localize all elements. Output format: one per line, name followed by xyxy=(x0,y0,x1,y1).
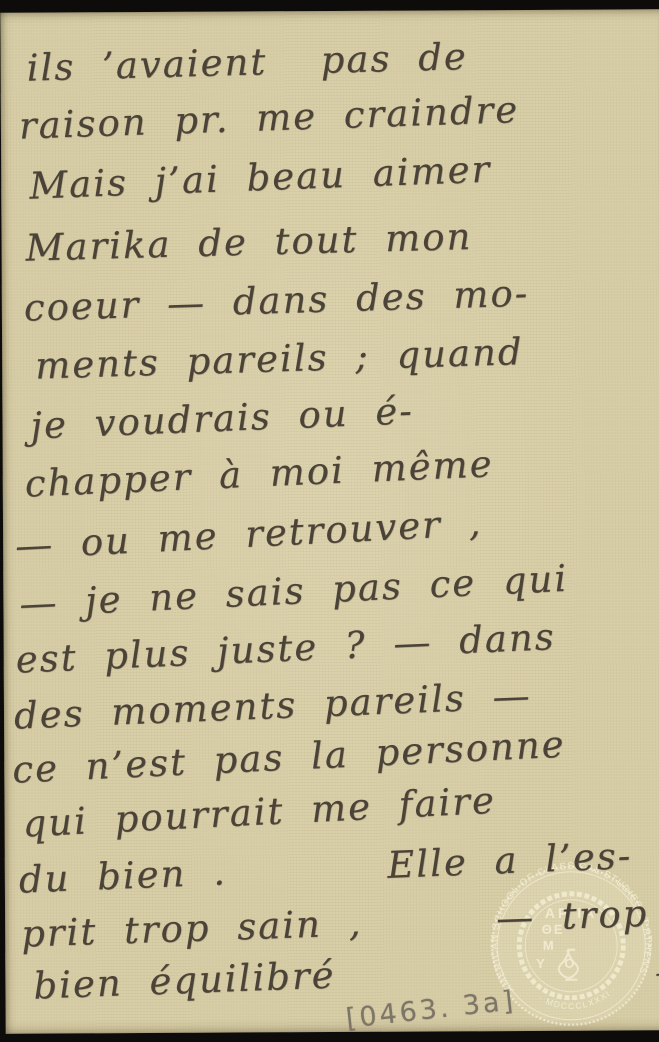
handwriting-line: ils ’avaient pas de xyxy=(26,35,468,90)
handwriting-line: coeur — dans des mo- xyxy=(23,272,530,330)
handwriting-line: qui pourrait me faire xyxy=(21,779,496,846)
handwriting-line: Marika de tout mon xyxy=(25,215,473,270)
letter-page: AMERICAN SCHOOL OF CLASSICAL STUDIES AT … xyxy=(0,9,659,1033)
handwriting-line: raison pr. me craindre xyxy=(18,88,520,148)
handwriting-line: je voudrais ou é- xyxy=(30,389,415,447)
handwriting-line: est plus juste ? — dans xyxy=(15,615,557,682)
handwriting-line: ments pareils ; quand xyxy=(35,330,525,387)
handwriting-line: chapper à moi même xyxy=(24,442,495,505)
scan-background: { "document": { "kind": "Scanned handwri… xyxy=(0,0,659,1042)
handwriting-line: Mais j’ai beau aimer xyxy=(28,148,491,208)
handwriting-line: — je ne sais pas ce qui xyxy=(18,557,569,626)
handwriting-line: — ou me retrouver , xyxy=(14,501,483,568)
